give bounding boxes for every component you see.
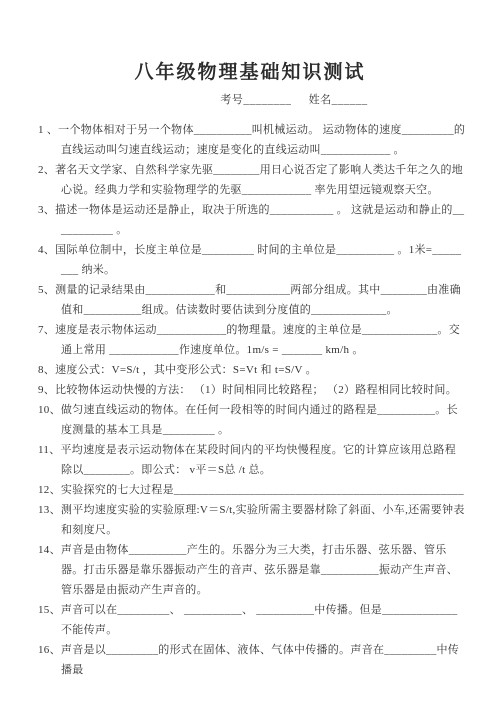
question-item-13: 13、测平均速度实验的实验原理:V＝S/t,实验所需主要器材除了斜面、小车,还需…: [38, 500, 467, 540]
question-text: 测平均速度实验的实验原理:V＝S/t,实验所需主要器材除了斜面、小车,还需要钟表…: [61, 504, 465, 536]
question-item-16: 16、声音是以_________的形式在固体、液体、气体中传播的。声音在____…: [38, 640, 467, 680]
question-item-11: 11、平均速度是表示运动物体在某段时间内的平均快慢程度。它的计算应该用总路程除以…: [38, 440, 467, 480]
question-number: 8、: [38, 364, 55, 376]
exam-info-line: 考号________ 姓名______: [0, 91, 500, 107]
name-field: 姓名______: [309, 91, 368, 107]
question-text: 描述一物体是运动还是静止，取决于所选的___________ 。 这就是运动和静…: [55, 204, 464, 236]
question-number: 16、: [38, 644, 61, 656]
question-text: 声音可以在_________、 __________、 __________中传…: [61, 604, 458, 636]
question-text: 声音是由物体__________产生的。乐器分为三大类，打击乐器、弦乐器、管乐器…: [61, 544, 458, 596]
document-page: 八年级物理基础知识测试 考号________ 姓名______ 1 、一个物体相…: [0, 0, 500, 707]
question-item-12: 12、实验探究的七大过程是___________________________…: [38, 480, 467, 500]
question-item-2: 2、著名天文学家、自然科学家先驱________用日心说否定了影响人类达千年之久…: [38, 160, 467, 200]
question-number: 1 、: [38, 124, 58, 136]
question-number: 10、: [38, 404, 61, 416]
question-text: 一个物体相对于另一个物体__________叫机械运动。 运动物体的速度____…: [58, 124, 465, 156]
question-item-14: 14、声音是由物体__________产生的。乐器分为三大类，打击乐器、弦乐器、…: [38, 540, 467, 600]
question-text: 国际单位制中，长度主单位是_________ 时间的主单位是__________…: [55, 244, 461, 276]
question-item-5: 5、测量的记录结果由____________和___________两部分组成。…: [38, 280, 467, 320]
question-item-9: 9、比较物体运动快慢的方法： （1）时间相同比较路程； （2）路程相同比较时间。: [38, 380, 467, 400]
question-item-15: 15、声音可以在_________、 __________、 _________…: [38, 600, 467, 640]
question-text: 速度是表示物体运动____________的物理量。速度的主单位是_______…: [55, 324, 460, 356]
question-number: 13、: [38, 504, 61, 516]
question-text: 平均速度是表示运动物体在某段时间内的平均快慢程度。它的计算应该用总路程除以___…: [61, 444, 457, 476]
question-number: 3、: [38, 204, 55, 216]
question-number: 2、: [38, 164, 55, 176]
question-number: 9、: [38, 384, 55, 396]
question-text: 著名天文学家、自然科学家先驱________用日心说否定了影响人类达千年之久的地…: [55, 164, 463, 196]
question-item-3: 3、描述一物体是运动还是静止，取决于所选的___________ 。 这就是运动…: [38, 200, 467, 240]
question-number: 15、: [38, 604, 61, 616]
question-text: 测量的记录结果由____________和___________两部分组成。其中…: [55, 284, 461, 316]
question-number: 4、: [38, 244, 55, 256]
question-text: 做匀速直线运动的物体。在任何一段相等的时间内通过的路程是__________。长…: [61, 404, 458, 436]
question-number: 14、: [38, 544, 61, 556]
question-item-7: 7、速度是表示物体运动____________的物理量。速度的主单位是_____…: [38, 320, 467, 360]
question-number: 5、: [38, 284, 55, 296]
question-item-4: 4、国际单位制中，长度主单位是_________ 时间的主单位是________…: [38, 240, 467, 280]
page-title: 八年级物理基础知识测试: [0, 57, 500, 84]
question-text: 实验探究的七大过程是______________________________…: [61, 484, 464, 496]
question-text: 声音是以_________的形式在固体、液体、气体中传播的。声音在_______…: [61, 644, 459, 676]
question-list: 1 、一个物体相对于另一个物体__________叫机械运动。 运动物体的速度_…: [38, 120, 467, 680]
question-number: 12、: [38, 484, 61, 496]
question-number: 7、: [38, 324, 55, 336]
question-item-10: 10、做匀速直线运动的物体。在任何一段相等的时间内通过的路程是_________…: [38, 400, 467, 440]
question-text: 比较物体运动快慢的方法： （1）时间相同比较路程； （2）路程相同比较时间。: [55, 384, 457, 396]
exam-number-field: 考号________: [220, 91, 291, 107]
question-item-1: 1 、一个物体相对于另一个物体__________叫机械运动。 运动物体的速度_…: [38, 120, 467, 160]
question-item-8: 8、速度公式：V=S/t ，其中变形公式：S=Vt 和 t=S/V 。: [38, 360, 467, 380]
question-text: 速度公式：V=S/t ，其中变形公式：S=Vt 和 t=S/V 。: [55, 364, 317, 376]
question-number: 11、: [38, 444, 61, 456]
